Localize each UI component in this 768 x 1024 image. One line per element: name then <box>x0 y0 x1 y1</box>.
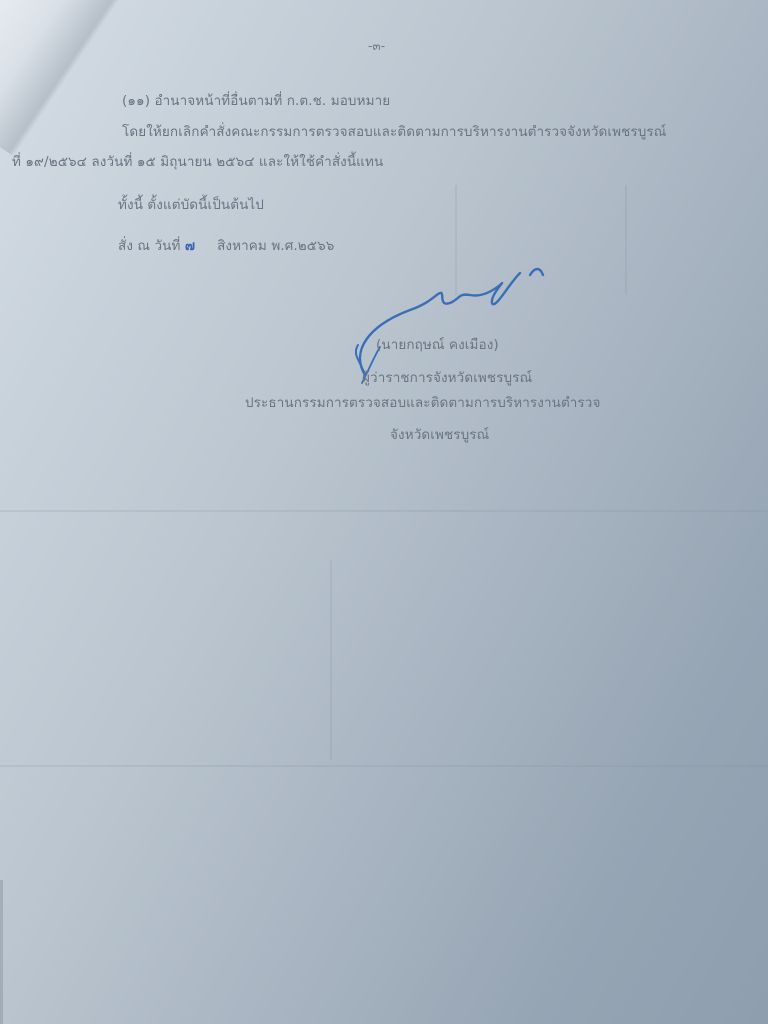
order-date-line: สั่ง ณ วันที่ ๗ สิงหาคม พ.ศ.๒๕๖๖ <box>118 234 334 256</box>
bleed-through-rule <box>0 510 768 512</box>
order-day-handwritten: ๗ <box>185 238 195 254</box>
signatory-position-3: จังหวัดเพชรบูรณ์ <box>390 423 489 445</box>
revoke-line-1: โดยให้ยกเลิกคำสั่งคณะกรรมการตรวจสอบและติ… <box>122 120 666 142</box>
order-month-year: สิงหาคม พ.ศ.๒๕๖๖ <box>217 238 334 254</box>
effective-line: ทั้งนี้ ตั้งแต่บัดนี้เป็นต้นไป <box>118 193 264 215</box>
page-fold-corner <box>0 0 126 156</box>
page-number: -๓- <box>368 37 385 56</box>
order-date-prefix: สั่ง ณ วันที่ <box>118 238 180 254</box>
revoke-line-2: ที่ ๑๙/๒๕๖๔ ลงวันที่ ๑๕ มิถุนายน ๒๕๖๔ แล… <box>12 150 383 172</box>
item-11-line: (๑๑) อำนาจหน้าที่อื่นตามที่ ก.ต.ช. มอบหม… <box>122 89 390 111</box>
bleed-through-rule <box>330 560 332 760</box>
signatory-position-1: ผู้ว่าราชการจังหวัดเพชรบูรณ์ <box>362 366 532 388</box>
signatory-position-2: ประธานกรรมการตรวจสอบและติดตามการบริหารงา… <box>245 391 600 413</box>
signatory-name: (นายกฤษณ์ คงเมือง) <box>376 333 499 355</box>
page-edge <box>0 880 3 1024</box>
bleed-through-rule <box>625 185 627 295</box>
bleed-through-rule <box>0 765 768 767</box>
document-page: -๓- (๑๑) อำนาจหน้าที่อื่นตามที่ ก.ต.ช. ม… <box>0 0 768 1024</box>
